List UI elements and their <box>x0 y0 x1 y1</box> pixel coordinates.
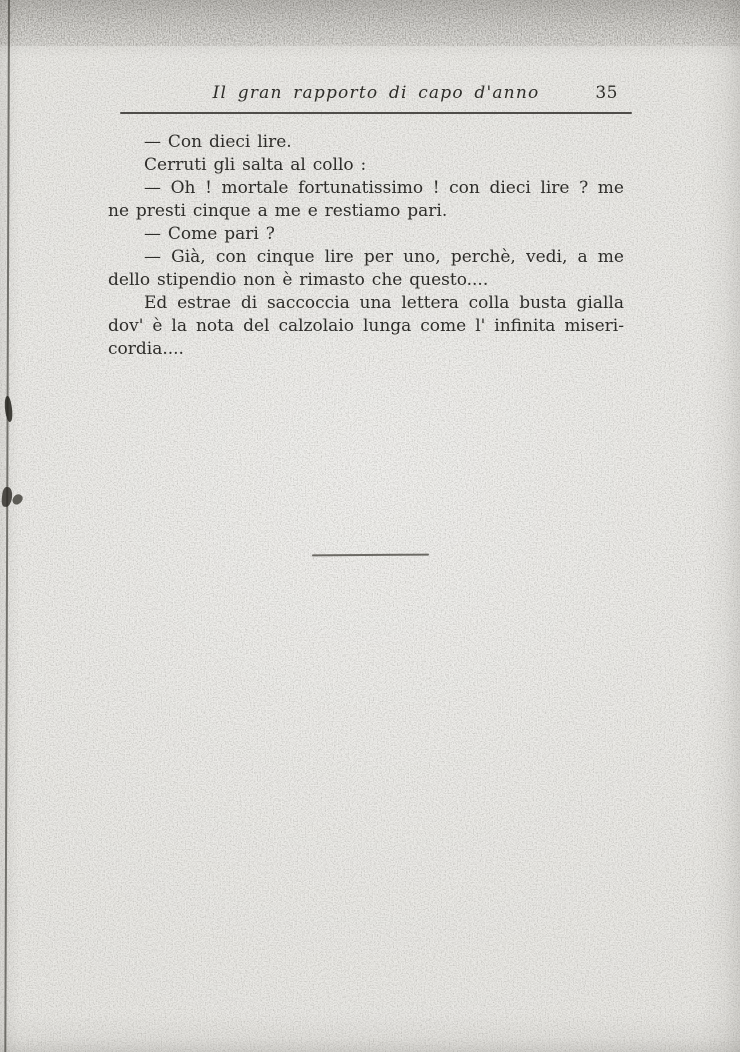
body-text-block: — Con dieci lire. Cerruti gli salta al c… <box>108 131 624 361</box>
header-rule <box>120 112 632 114</box>
ink-blot <box>1 487 13 508</box>
paragraph: — Come pari ? <box>108 223 624 246</box>
scanned-book-page: Il gran rapporto di capo d'anno 35 — Con… <box>0 0 740 1052</box>
ink-blot <box>11 492 24 506</box>
section-divider-rule <box>312 554 429 557</box>
paragraph: Ed estrae di saccoccia una lettera colla… <box>108 292 624 361</box>
paragraph: — Oh ! mortale fortunatissimo ! con diec… <box>108 177 624 223</box>
running-title: Il gran rapporto di capo d'anno <box>120 83 632 103</box>
paragraph: Cerruti gli salta al collo : <box>108 154 624 177</box>
ink-blot <box>3 396 14 423</box>
paragraph: — Con dieci lire. <box>108 131 624 154</box>
page-number: 35 <box>595 83 618 103</box>
running-header: Il gran rapporto di capo d'anno 35 <box>120 83 632 105</box>
paragraph: — Già, con cinque lire per uno, perchè, … <box>108 246 624 292</box>
scan-left-line-artifact <box>4 0 10 1052</box>
